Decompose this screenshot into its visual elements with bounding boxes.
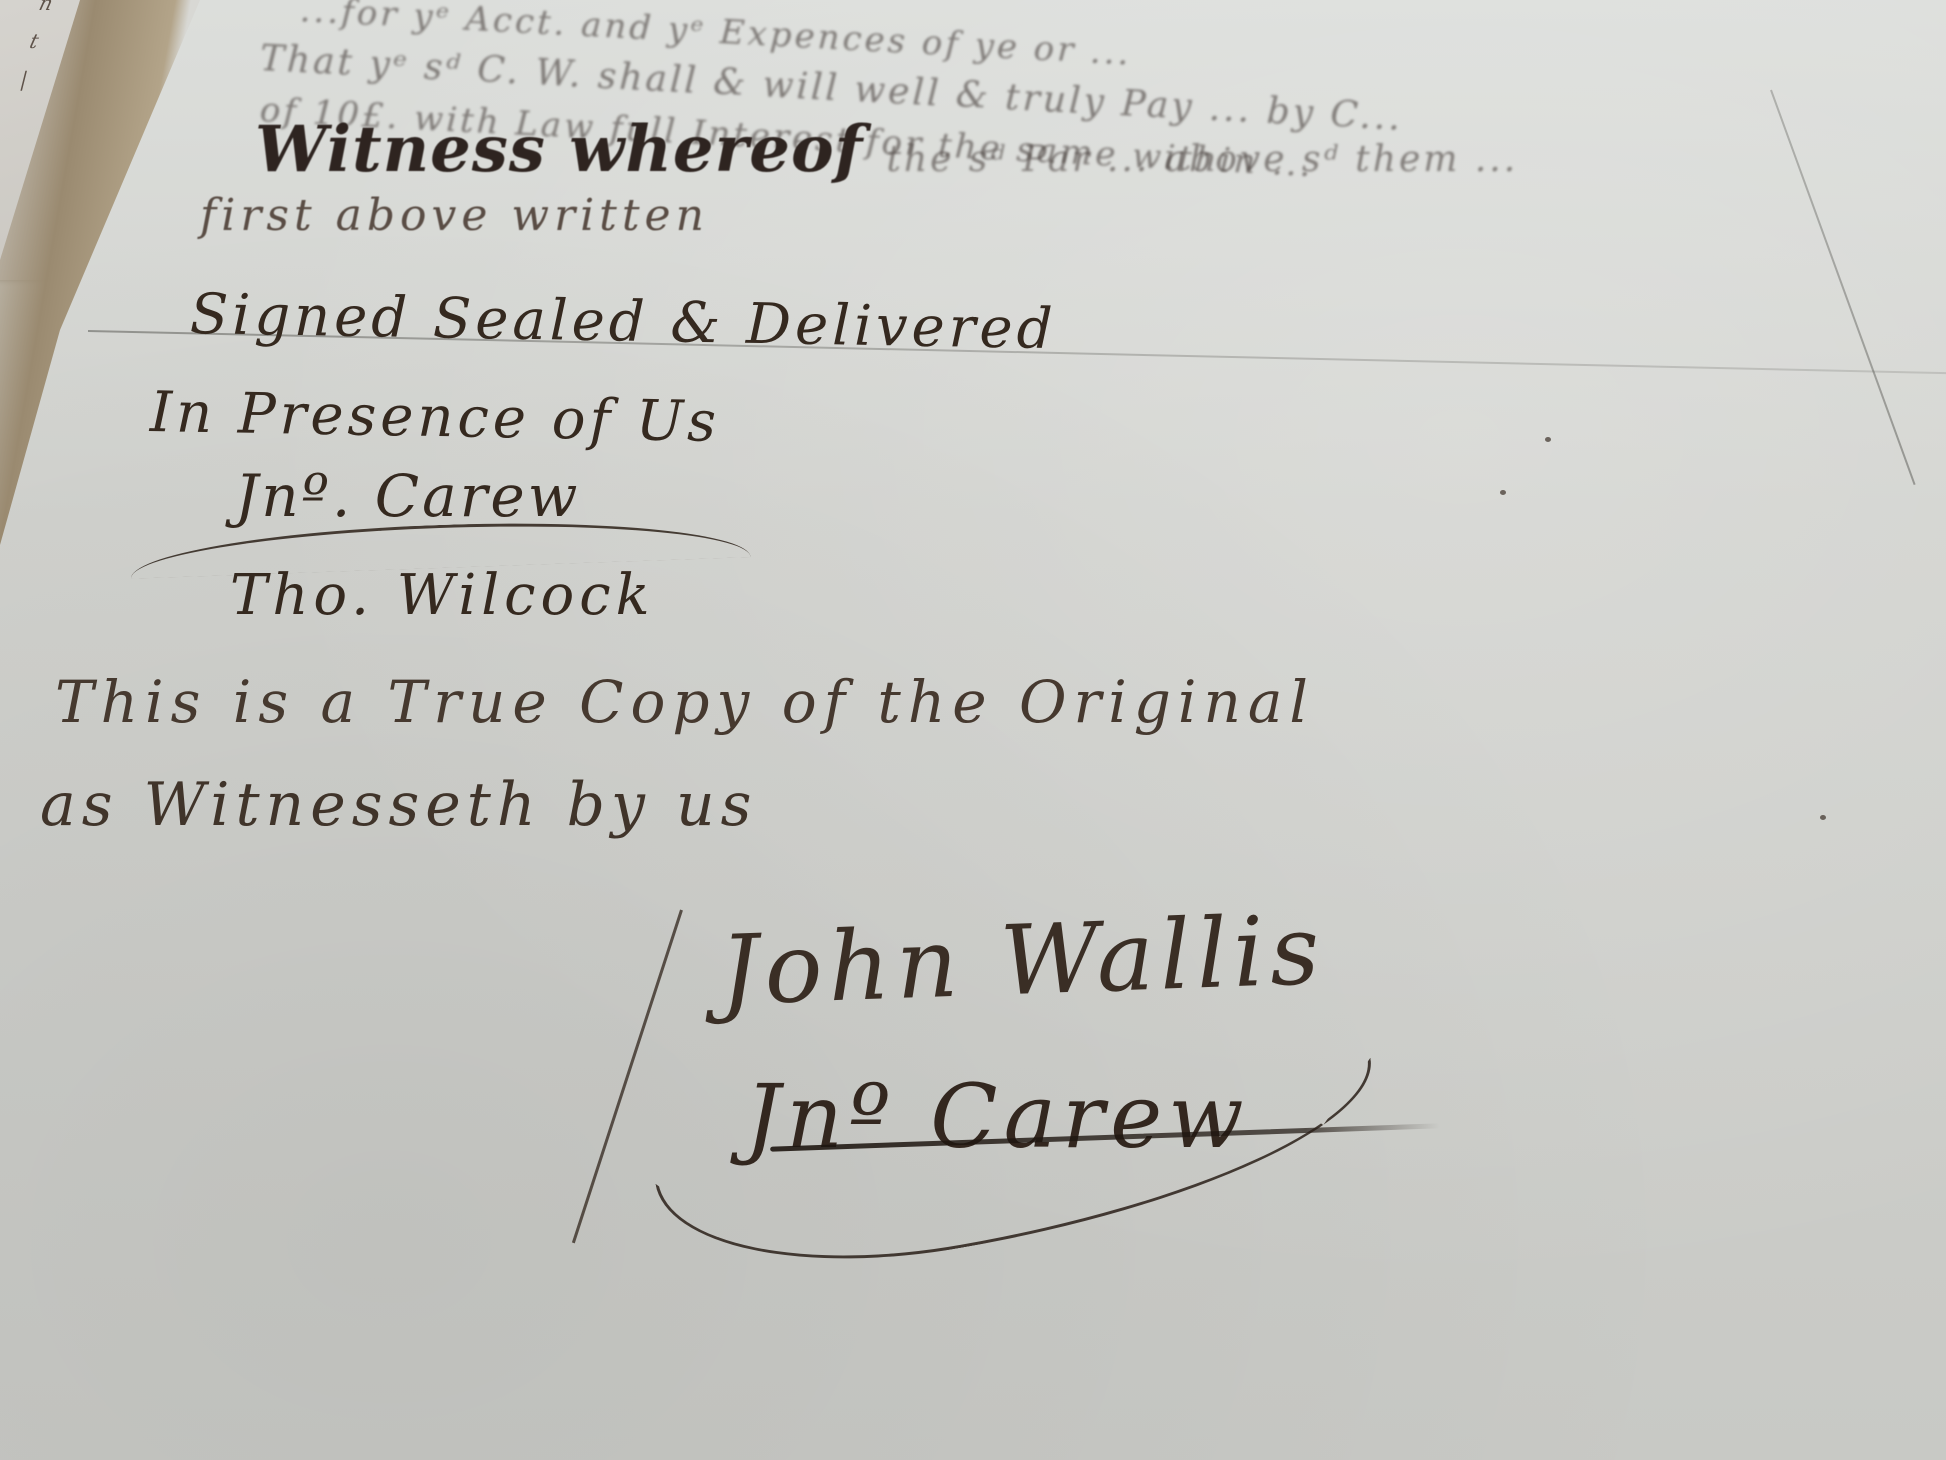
ink-speck [1500, 490, 1506, 495]
witness-heading: Witness whereof the sᵈ Par ... above sᵈ … [255, 112, 1518, 187]
certifier-signature-1: John Wallis [718, 894, 1327, 1027]
ink-speck [1545, 437, 1551, 442]
witness-heading-rest: the sᵈ Par ... above sᵈ them ... [887, 139, 1519, 180]
underlying-page-text: n t | [16, 0, 57, 98]
witness-signature-1: Jnº. Carew [235, 462, 580, 530]
witness-signature-2: Tho. Wilcock [230, 563, 655, 628]
first-above-written: first above written [200, 190, 709, 241]
witnesseth-statement: as Witnesseth by us [40, 770, 757, 840]
in-presence-of-us: In Presence of Us [149, 380, 720, 455]
ink-speck [1820, 815, 1826, 820]
signed-sealed-delivered: Signed Sealed & Delivered [189, 282, 1057, 362]
witness-heading-text: Witness whereof [255, 112, 863, 187]
true-copy-statement: This is a True Copy of the Original [55, 668, 1315, 736]
diagonal-fold-crease [1770, 90, 1916, 485]
document-photo: n t | ...for yᵉ Acct. and yᵉ Expences of… [0, 0, 1946, 1460]
deed-page: ...for yᵉ Acct. and yᵉ Expences of ye or… [0, 0, 1946, 1460]
